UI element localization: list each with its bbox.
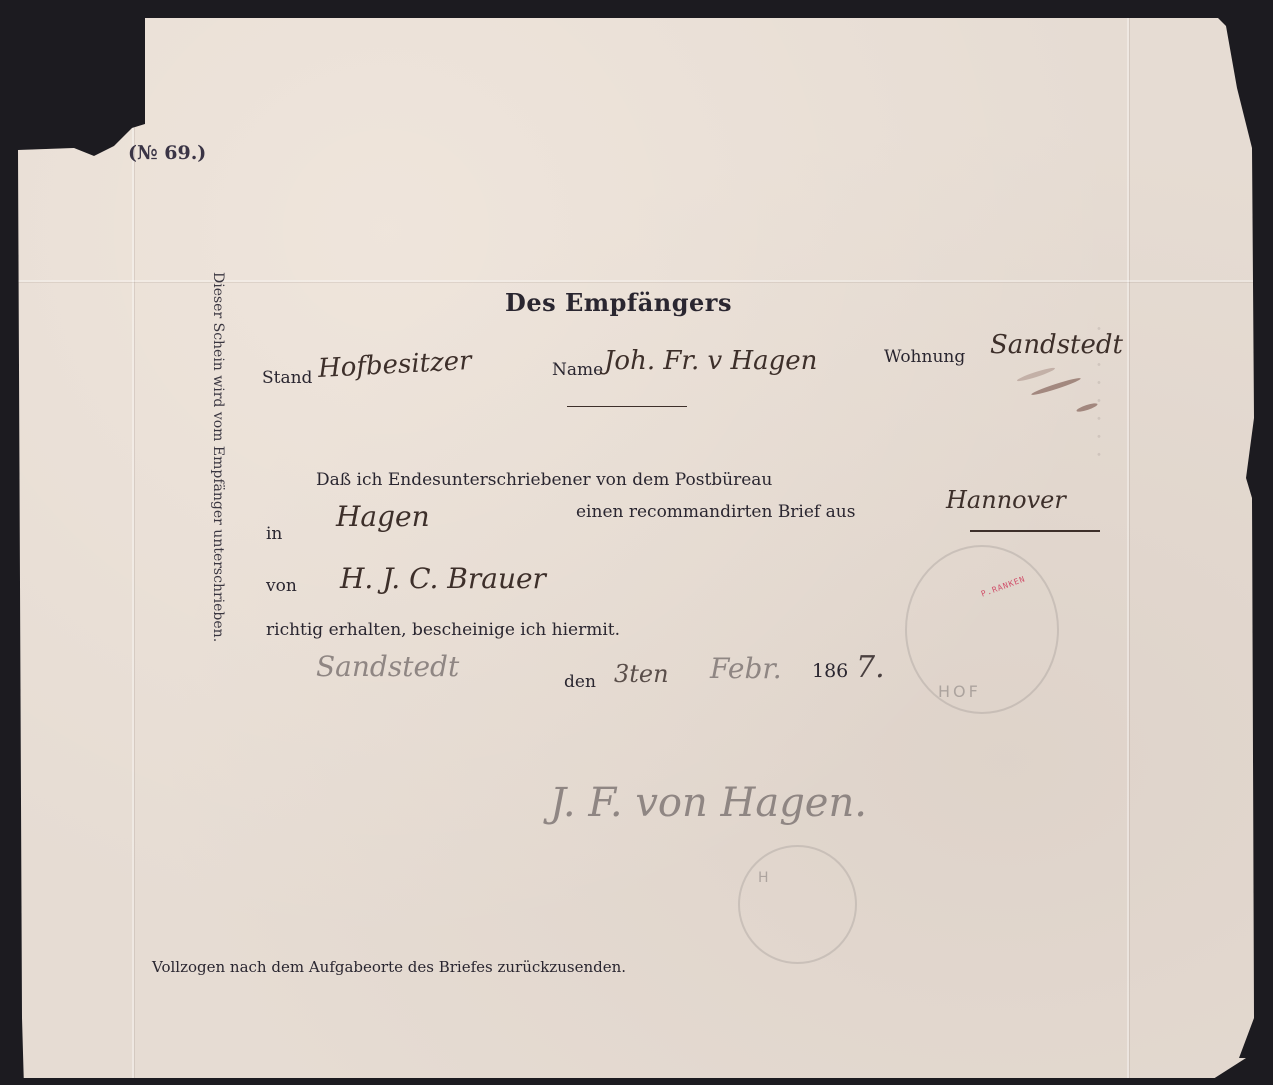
fold-line <box>1127 18 1129 1078</box>
side-note: Dieser Schein wird vom Empfänger untersc… <box>210 272 226 642</box>
letter-text: einen recommandirten Brief aus <box>576 502 855 522</box>
signature: J. F. von Hagen. <box>550 780 867 826</box>
body-line-1: Daß ich Endesunterschriebener von dem Po… <box>316 470 772 490</box>
footer-instruction: Vollzogen nach dem Aufgabeorte des Brief… <box>152 958 626 976</box>
lower-postmark-text: H <box>758 870 772 886</box>
fold-line <box>132 18 134 1078</box>
day-value: 3ten <box>614 660 669 688</box>
postal-receipt-paper <box>14 18 1254 1078</box>
in-label: in <box>266 524 282 544</box>
von-value: H. J. C. Brauer <box>340 562 546 595</box>
year-handwritten: 7. <box>856 650 885 685</box>
stand-label: Stand <box>262 368 312 388</box>
lower-postmark <box>738 845 857 964</box>
place-value: Sandstedt <box>316 650 459 683</box>
von-label: von <box>266 576 297 596</box>
fold-line <box>14 280 1254 282</box>
year-printed: 186 <box>812 660 848 682</box>
wohnung-value: Sandstedt <box>990 330 1123 360</box>
circular-postmark <box>905 545 1059 714</box>
body-line-4: richtig erhalten, bescheinige ich hiermi… <box>266 620 620 640</box>
aus-value: Hannover <box>946 486 1066 514</box>
postmark-text: HOF <box>938 682 981 701</box>
form-title: Des Empfängers <box>505 288 732 317</box>
den-label: den <box>564 672 596 692</box>
wohnung-label: Wohnung <box>884 347 965 367</box>
name-value: Joh. Fr. v Hagen <box>604 346 817 376</box>
in-value: Hagen <box>336 500 430 533</box>
aus-underline <box>970 530 1100 532</box>
form-number: (№ 69.) <box>128 142 206 164</box>
month-value: Febr. <box>710 652 782 685</box>
name-underline <box>567 406 687 407</box>
name-label: Name <box>552 360 603 380</box>
